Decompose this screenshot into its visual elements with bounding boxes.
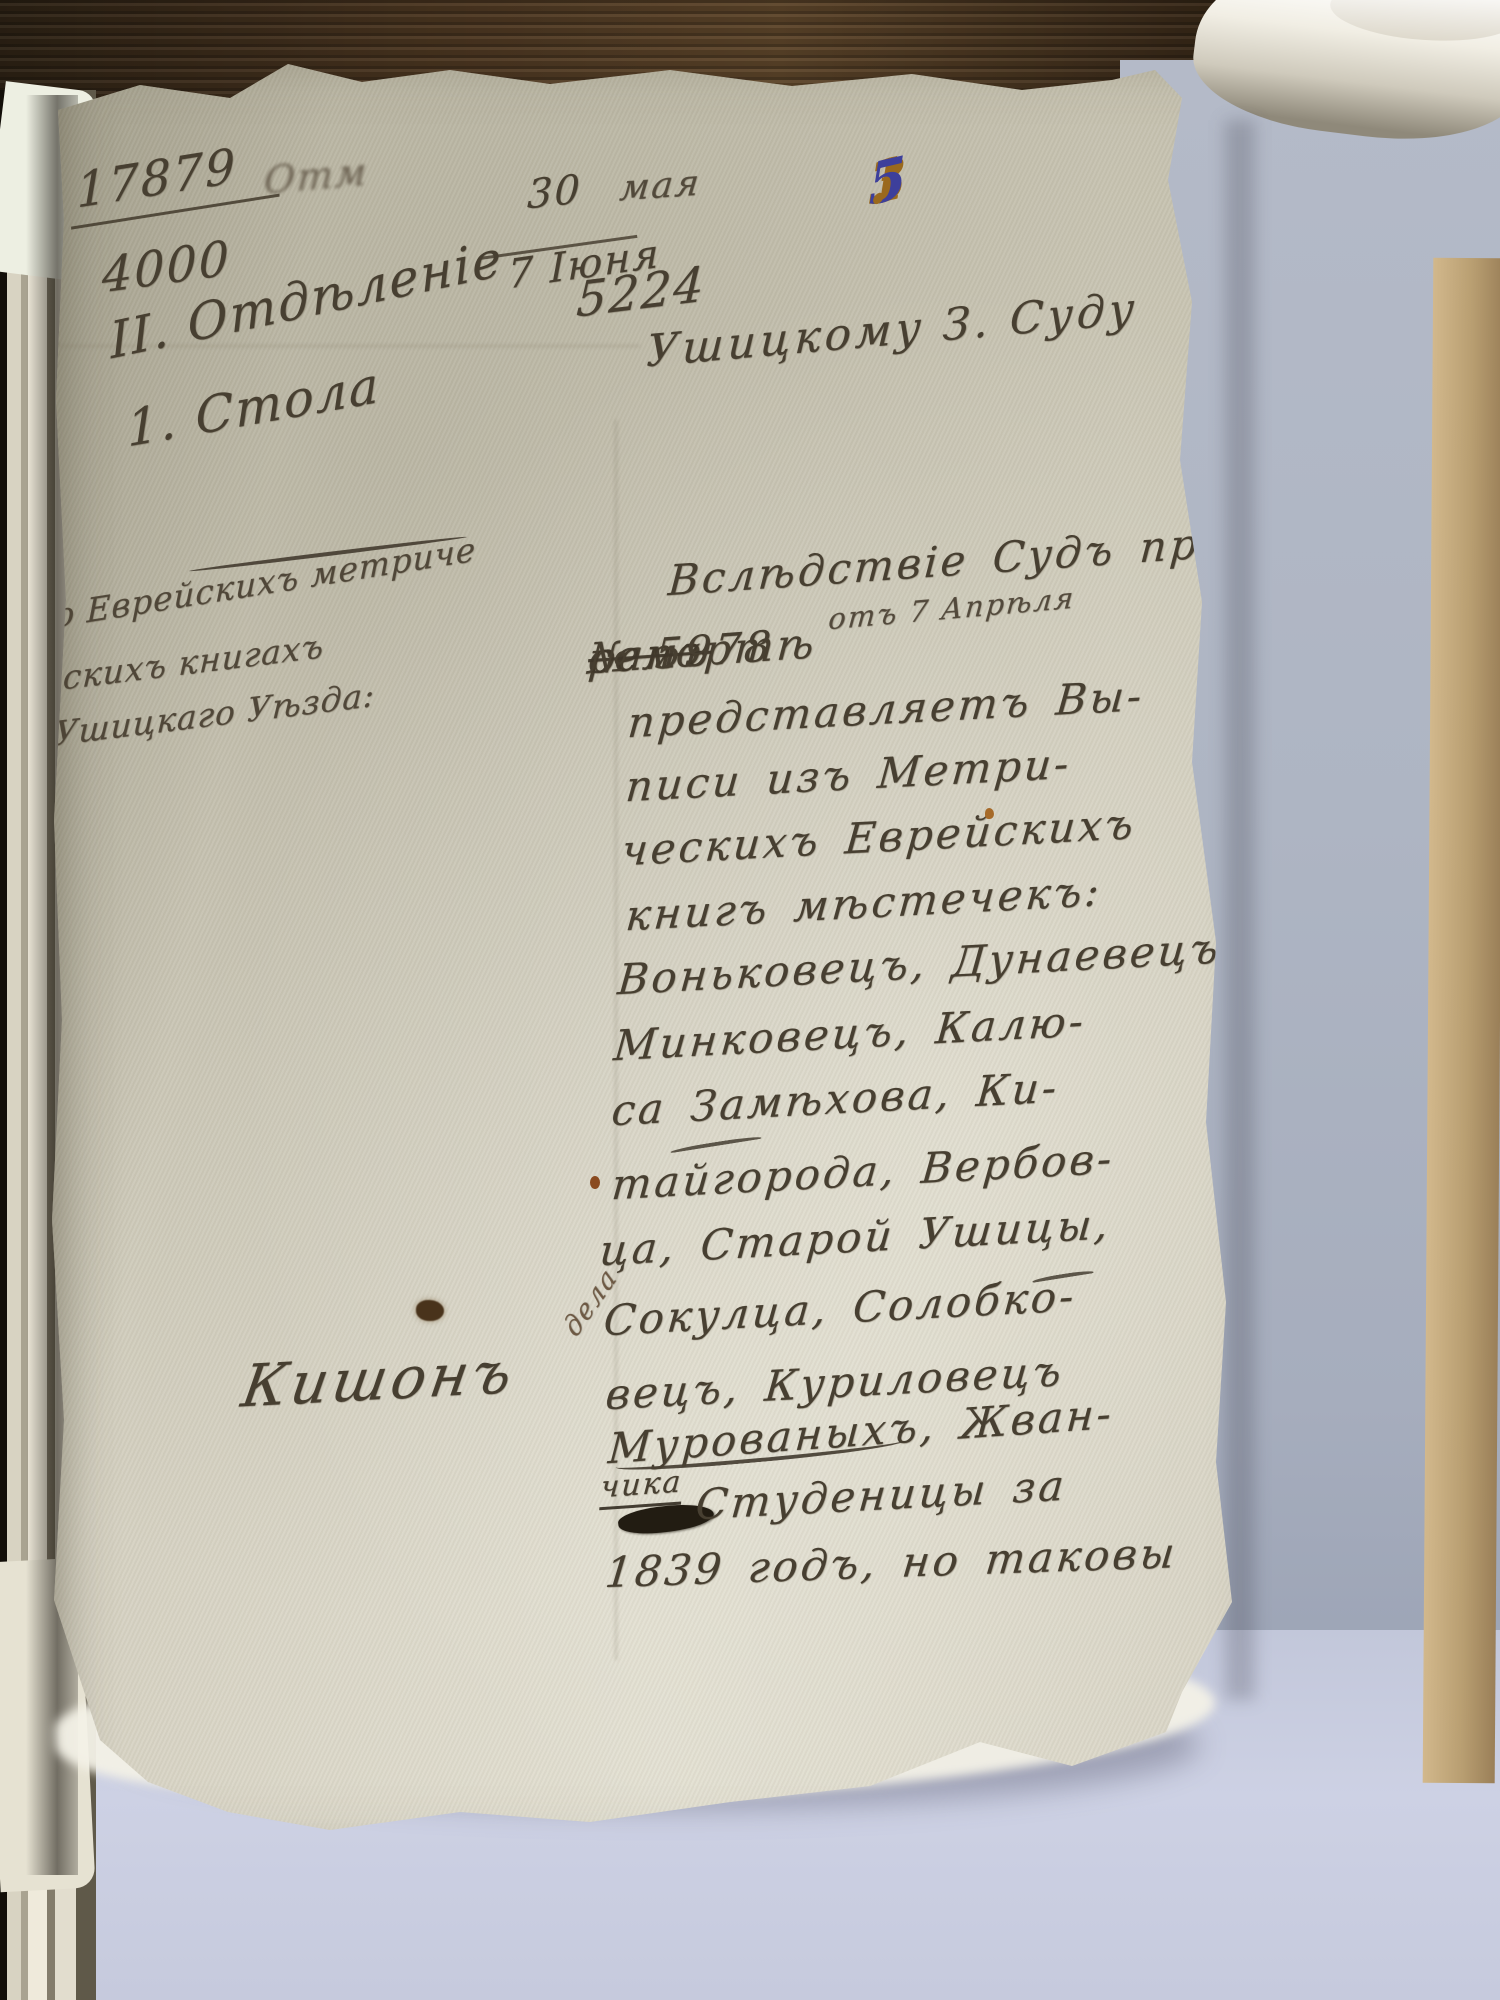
registry-number-top: 17879 xyxy=(70,131,279,230)
date-month: мая xyxy=(618,162,703,209)
folio-dot: . xyxy=(868,147,889,219)
section-heading-line2: 1. Стола xyxy=(126,355,381,458)
body-line: представляетъ Вы- xyxy=(626,671,1147,747)
body-line: писи изъ Метри- xyxy=(624,739,1074,812)
manuscript-page: Отм 17879 4000 30 мая 7 Іюня 5224 135. У… xyxy=(30,40,1290,1870)
body-line: са Замѣхова, Ки- xyxy=(610,1063,1062,1136)
clerk-signature: Кишонъ xyxy=(237,1338,520,1421)
body-line: Минковецъ, Калю- xyxy=(612,996,1089,1070)
margin-note-line1: о Еврейскихъ метриче xyxy=(54,529,476,635)
dark-stain xyxy=(416,1300,444,1321)
photo-of-manuscript: Отм 17879 4000 30 мая 7 Іюня 5224 135. У… xyxy=(0,0,1500,2000)
body-line: Сокулца, Солобко- xyxy=(602,1271,1079,1345)
page-edge-shadow xyxy=(1225,120,1255,1700)
date-numerator: 30 xyxy=(526,166,582,218)
body-line: ческихъ Еврейскихъ xyxy=(620,799,1139,875)
cardboard-strip-right xyxy=(1423,258,1500,1783)
body-line: 1839 годъ, но таковы xyxy=(603,1528,1180,1597)
body-line: ца, Старой Ушицы, xyxy=(598,1199,1113,1275)
body-line: книгъ мѣстечекъ: xyxy=(624,866,1104,940)
rust-speck xyxy=(985,808,994,819)
interlinear-correction: чика xyxy=(599,1464,683,1510)
rust-speck xyxy=(590,1176,600,1189)
body-line: тайгорода, Вербов- xyxy=(610,1134,1117,1210)
addressee-line: Ушицкому З. Суду xyxy=(645,283,1139,377)
body-line: Студеницы за xyxy=(694,1461,1069,1530)
